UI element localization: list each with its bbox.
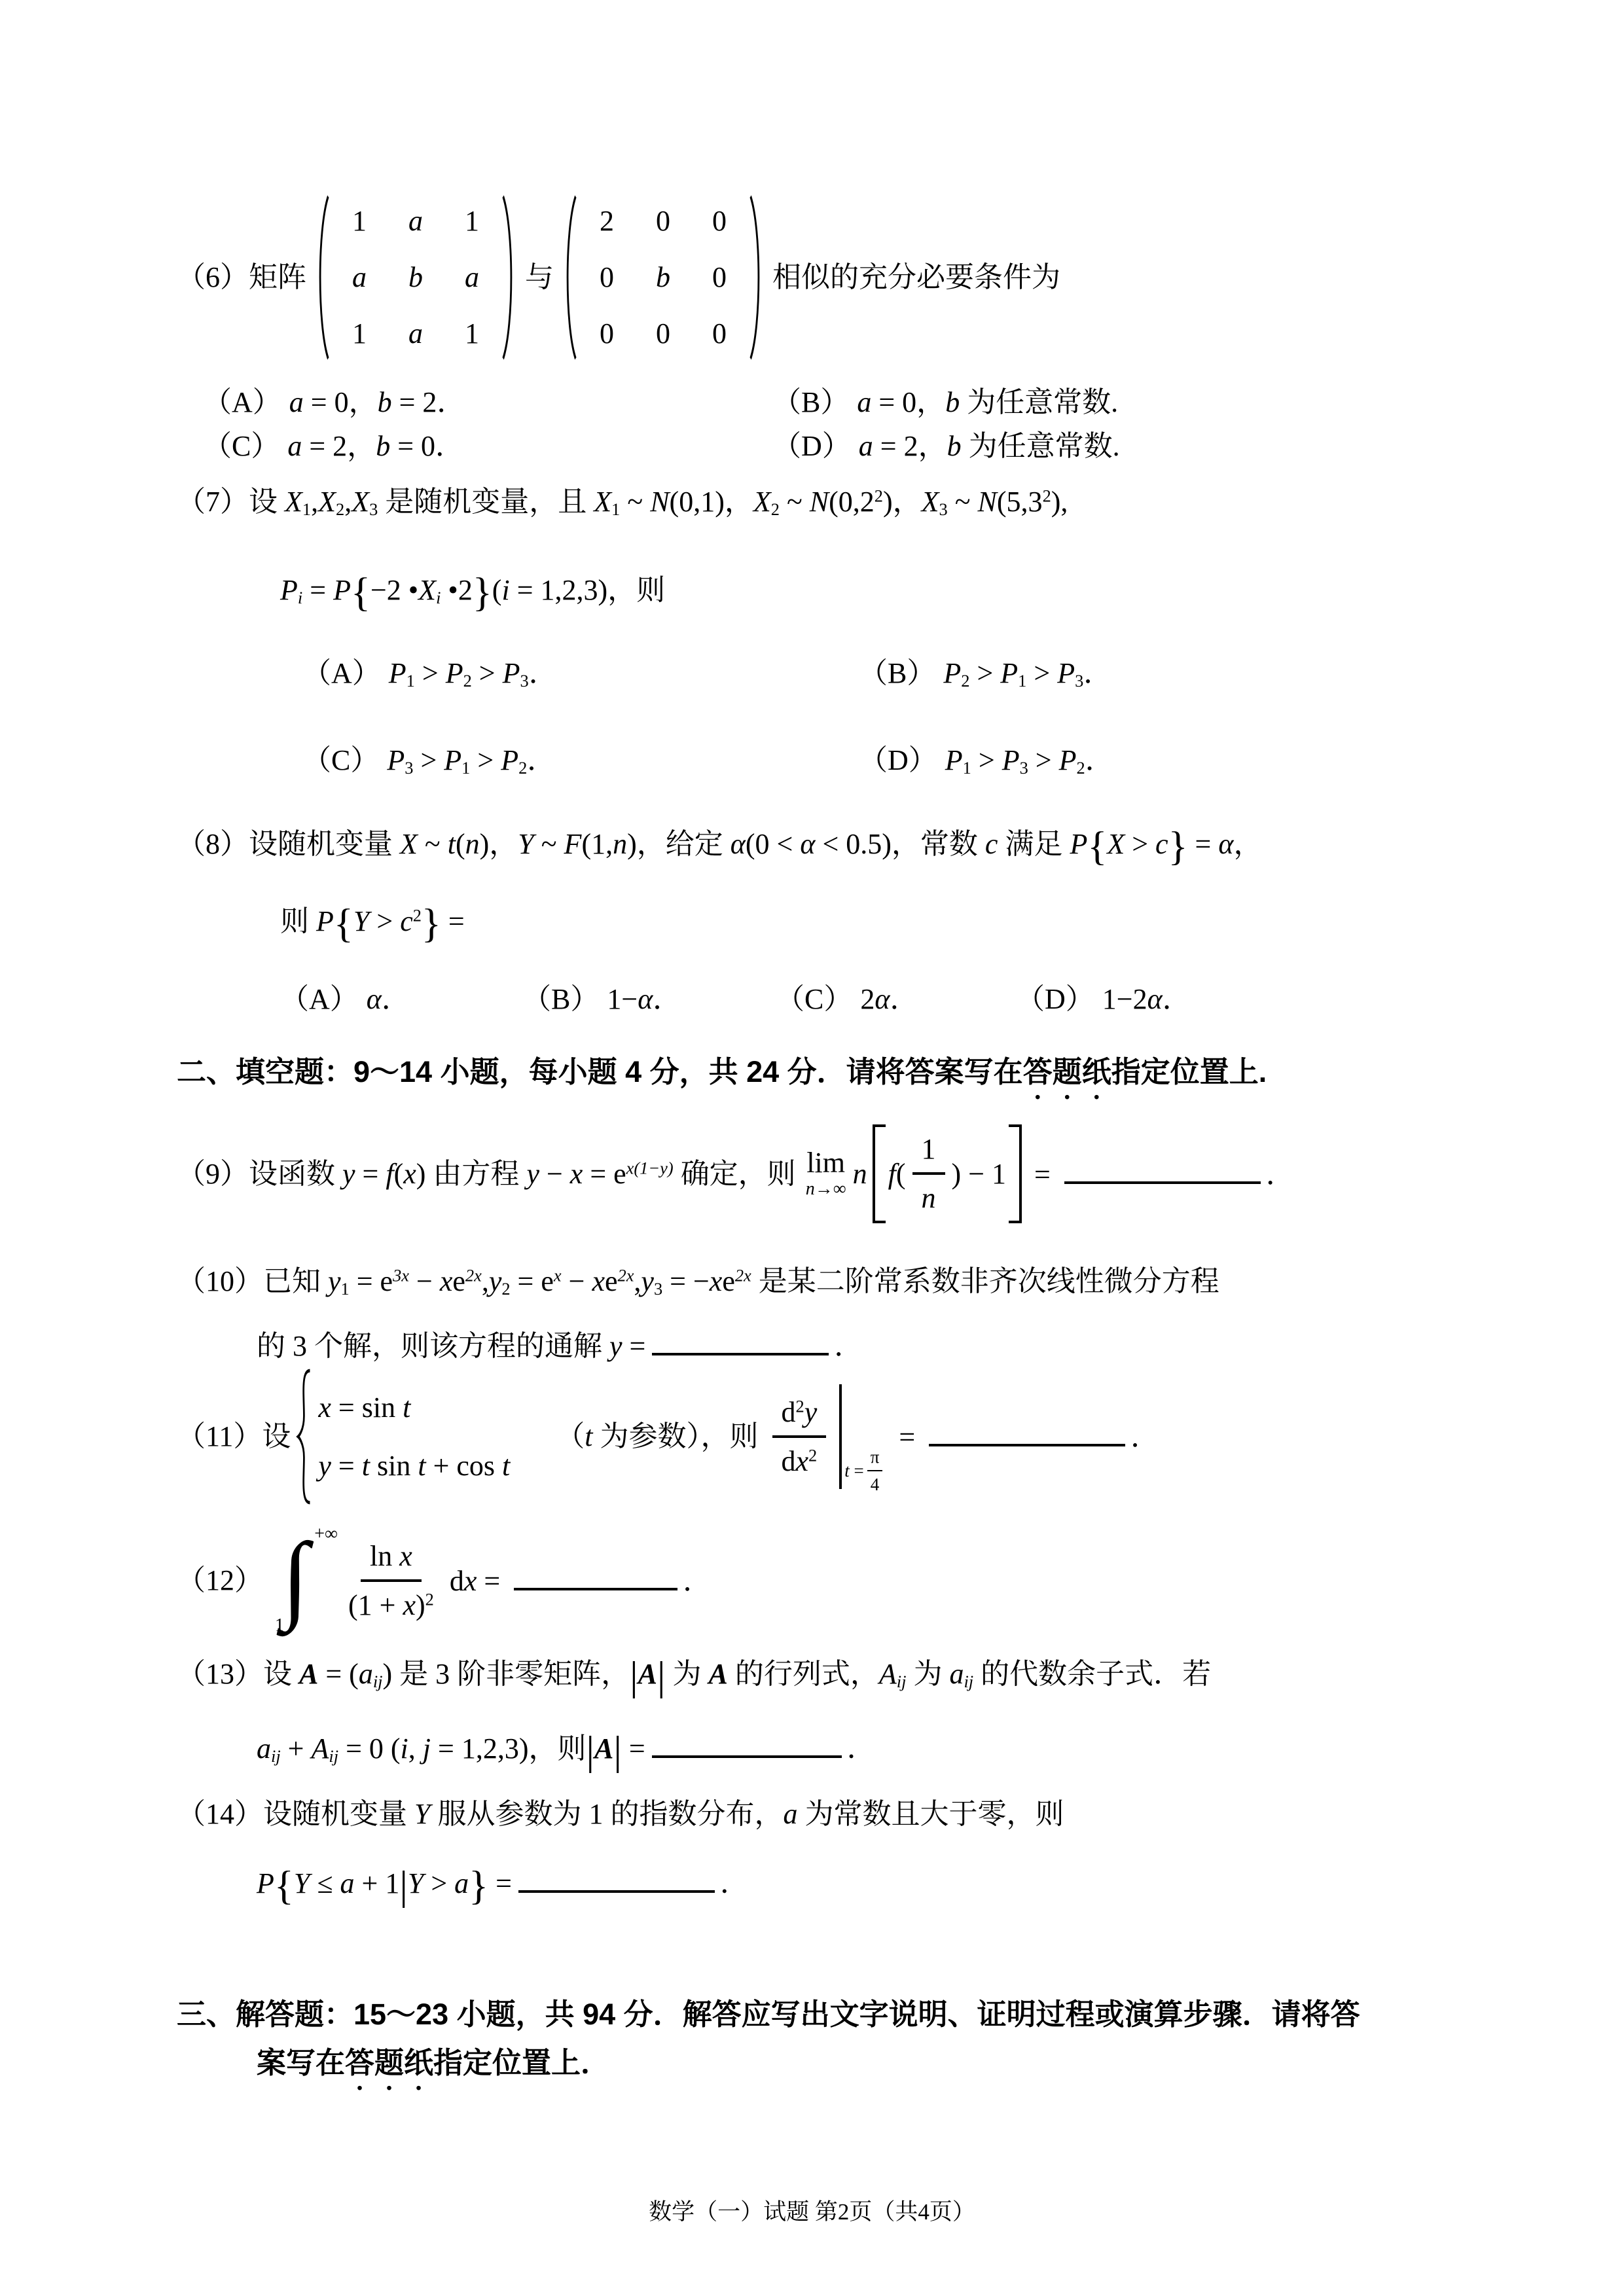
text-fragment: 2 — [1077, 758, 1085, 778]
option-label: （D） — [1016, 983, 1094, 1015]
text-fragment: 0 — [600, 261, 614, 293]
text-fragment: −2 — [370, 574, 408, 606]
text-fragment: | — [630, 1653, 638, 1698]
text-fragment: （9）设函数 — [177, 1158, 342, 1190]
text-fragment: ) 由方程 — [416, 1158, 527, 1190]
text-fragment: α — [1147, 983, 1163, 1015]
text-fragment: （13）设 — [177, 1658, 299, 1690]
text-fragment: ij — [271, 1746, 281, 1765]
text-fragment: 2 — [463, 671, 472, 691]
option-label: （A） — [280, 983, 359, 1015]
system-row-1: x = sin t — [318, 1388, 510, 1427]
text-fragment: a — [454, 1867, 469, 1899]
text-fragment: （7）设 — [177, 486, 285, 518]
fraction-numerator: 1 — [912, 1130, 945, 1175]
text-fragment: Y — [408, 1867, 424, 1899]
text-fragment: x — [403, 1158, 416, 1190]
period: ． — [1130, 1421, 1159, 1453]
text-fragment: 为常数且大于零，则 — [797, 1798, 1064, 1830]
option-text: a = 2，b 为任意常数. — [859, 430, 1120, 462]
text-fragment: − — [409, 1265, 440, 1297]
question-12-answer: dx = ． — [450, 1560, 712, 1600]
text-fragment: ~ — [948, 486, 978, 518]
option-text: P1 > P2 > P3． — [389, 657, 558, 689]
text-fragment: X — [418, 574, 436, 606]
question-13-line1: （13）设 A = (aij) 是 3 阶非零矩阵，|A| 为 A 的行列式，A… — [177, 1648, 1211, 1703]
text-fragment: α — [638, 983, 653, 1015]
right-paren-icon — [748, 193, 766, 362]
limit-subscript: n→∞ — [806, 1180, 846, 1198]
text-fragment: = e — [583, 1158, 626, 1190]
section-3-line2-pre: 案写在 — [257, 2046, 345, 2079]
text-fragment: P — [1057, 657, 1075, 689]
period: ． — [683, 1565, 712, 1597]
text-fragment: P — [444, 744, 461, 776]
text-fragment: A — [709, 1658, 728, 1690]
text-fragment: x — [464, 1565, 477, 1597]
text-fragment: α — [731, 828, 746, 860]
text-fragment: 2 — [771, 499, 780, 519]
text-fragment: = 2． — [392, 386, 466, 418]
matrix-cell: 0 — [712, 258, 727, 296]
matrix-cell: 0 — [656, 314, 670, 353]
period: ． — [1266, 1158, 1295, 1191]
text-fragment: = — [331, 1450, 362, 1482]
text-fragment: t — [403, 1391, 410, 1424]
question-12: （12） ∫ +∞ 1 ln x (1 + x)2 dx = ． — [177, 1522, 712, 1640]
text-fragment: = 1,2,3)，则 — [510, 574, 665, 606]
question-13-answer: aij + Aij = 0 (i, j = 1,2,3)，则|A| =． — [257, 1723, 876, 1778]
text-fragment: { — [1087, 823, 1107, 869]
text-fragment: α — [367, 983, 382, 1015]
text-fragment: P — [503, 657, 520, 689]
text-fragment: ． — [653, 983, 681, 1015]
system-rows: x = sin t y = t sin t + cos t — [318, 1388, 510, 1486]
question-6-option-b: （B）a = 0，b 为任意常数. — [772, 378, 1118, 420]
text-fragment: | — [657, 1653, 666, 1698]
question-14-line1: （14）设随机变量 Y 服从参数为 1 的指数分布，a 为常数且大于零，则 — [177, 1795, 1064, 1833]
text-fragment: + cos — [426, 1450, 502, 1482]
question-7-option-d: （D）P1 > P3 > P2． — [859, 736, 1114, 778]
matrix-cell: 2 — [600, 202, 614, 240]
text-fragment: 1 — [465, 317, 479, 350]
text-fragment: = e — [350, 1265, 393, 1297]
text-fragment: （14）设随机变量 — [177, 1798, 414, 1830]
text-fragment: ≤ — [310, 1867, 340, 1899]
question-10-line2: 的 3 个解，则该方程的通解 y =． — [257, 1325, 863, 1365]
section-2-pre: 二、填空题：9～14 小题，每小题 4 分，共 24 分．请将答案写在 — [177, 1055, 1023, 1088]
text-fragment: e — [722, 1265, 735, 1297]
text-fragment: > — [369, 905, 400, 937]
text-fragment: b — [656, 261, 670, 293]
text-fragment: = e — [511, 1265, 554, 1297]
question-13-line2: aij + Aij = 0 (i, j = 1,2,3)，则|A| =． — [257, 1723, 876, 1778]
text-fragment: i — [501, 574, 509, 606]
text-fragment: d — [782, 1445, 796, 1477]
question-8-stem: （8）设随机变量 X ~ t(n)，Y ~ F(1,n)，给定 α(0 < α … — [177, 828, 1262, 860]
answer-blank — [1064, 1154, 1261, 1184]
text-fragment: a — [859, 430, 873, 462]
exam-page: （6）矩阵 1 a 1 a b a 1 a 1 与 2 0 0 0 — [0, 0, 1624, 2296]
text-fragment: y — [328, 1265, 341, 1297]
matrix-1-grid: 1 a 1 a b a 1 a 1 — [331, 193, 500, 362]
text-fragment: 2x — [735, 1265, 751, 1285]
option-text: a = 2，b = 0． — [287, 430, 464, 462]
text-fragment: a — [359, 1658, 373, 1690]
matrix-cell: a — [352, 258, 367, 296]
question-8: （8）设随机变量 X ~ t(n)，Y ~ F(1,n)，给定 α(0 < α … — [177, 818, 1262, 873]
text-fragment: y — [489, 1265, 502, 1297]
text-fragment: c — [985, 828, 998, 860]
text-fragment: d — [450, 1565, 464, 1597]
option-text: P3 > P1 > P2． — [387, 744, 556, 776]
text-fragment: 为参数），则 — [593, 1420, 766, 1452]
text-fragment: 0 — [712, 205, 727, 237]
text-fragment: P — [1000, 657, 1018, 689]
text-fragment: )， — [480, 828, 518, 860]
section-3-line2-post: 指定位置上． — [433, 2046, 610, 2079]
question-8-option-b: （B）1−α． — [522, 975, 681, 1017]
text-fragment: ( — [394, 1158, 404, 1190]
text-fragment: • — [408, 574, 418, 606]
section-3-line1: 三、解答题：15～23 小题，共 94 分．解答应写出文字说明、证明过程或演算步… — [177, 1998, 1360, 2031]
text-fragment: N — [810, 486, 829, 518]
text-fragment: ij — [964, 1671, 973, 1691]
text-fragment: + 1 — [355, 1867, 400, 1899]
text-fragment: i — [401, 1732, 408, 1765]
text-fragment: ． — [1163, 983, 1191, 1015]
integral-upper-limit: +∞ — [314, 1522, 338, 1547]
text-fragment: 为任意常数. — [960, 386, 1118, 418]
text-fragment: } — [1168, 823, 1188, 869]
text-fragment: > — [1028, 744, 1059, 776]
matrix-cell: 0 — [600, 314, 614, 353]
matrix-2-grid: 2 0 0 0 b 0 0 0 0 — [579, 193, 748, 362]
question-11-lead: （11）设 — [177, 1417, 291, 1456]
question-10-answer: 的 3 个解，则该方程的通解 y =． — [257, 1325, 863, 1365]
section-3-header-line2: 案写在答题纸指定位置上． — [257, 2043, 610, 2096]
matrix-cell: 1 — [465, 202, 479, 240]
option-label: （D） — [772, 430, 851, 462]
right-bracket-icon — [1009, 1124, 1022, 1223]
integral-lower-limit: 1 — [275, 1613, 284, 1638]
text-fragment: t — [585, 1420, 592, 1452]
text-fragment: 3 — [1075, 671, 1083, 691]
text-fragment: 1 — [461, 758, 470, 778]
text-fragment: P — [257, 1867, 274, 1899]
question-12-lead: （12） — [177, 1561, 263, 1600]
text-fragment: P — [501, 744, 518, 776]
text-fragment: P — [1002, 744, 1020, 776]
text-fragment: , — [344, 486, 352, 518]
text-fragment: 0 — [600, 317, 614, 350]
option-text: P2 > P1 > P3． — [943, 657, 1112, 689]
text-fragment: = — [302, 574, 333, 606]
text-fragment: t — [448, 828, 456, 860]
text-fragment: X — [1107, 828, 1125, 860]
text-fragment: α — [800, 828, 815, 860]
text-fragment: y — [342, 1158, 355, 1190]
text-fragment: n — [613, 828, 627, 860]
text-fragment: P — [1059, 744, 1077, 776]
question-7-option-a: （A）P1 > P2 > P3． — [302, 649, 558, 691]
text-fragment: X — [352, 486, 369, 518]
text-fragment: 2 — [961, 671, 969, 691]
text-fragment: 2 — [458, 574, 473, 606]
text-fragment: 2 — [425, 1589, 434, 1609]
text-fragment: x — [440, 1265, 453, 1297]
text-fragment: b — [376, 430, 390, 462]
option-label: （B） — [772, 386, 849, 418]
matrix-cell: a — [408, 314, 423, 353]
text-fragment: j — [423, 1732, 431, 1765]
text-fragment: 0 — [712, 317, 727, 350]
text-fragment: ． — [1083, 657, 1112, 689]
text-fragment: a — [465, 261, 479, 293]
text-fragment: a — [949, 1658, 964, 1690]
text-fragment: e — [605, 1265, 618, 1297]
answer-blank — [514, 1560, 677, 1590]
text-fragment: > — [470, 744, 501, 776]
option-text: a = 0，b 为任意常数. — [857, 386, 1118, 418]
text-fragment: ~ — [620, 486, 650, 518]
question-6-lead: （6）矩阵 — [177, 258, 306, 296]
text-fragment: = — [355, 1158, 386, 1190]
text-fragment: a — [287, 430, 302, 462]
text-fragment: a — [340, 1867, 355, 1899]
text-fragment: • — [441, 574, 458, 606]
text-fragment: n — [853, 1158, 867, 1190]
text-fragment: f — [888, 1158, 896, 1190]
text-fragment: , — [311, 486, 318, 518]
text-fragment: X — [400, 828, 418, 860]
text-fragment: t — [844, 1461, 850, 1480]
text-fragment: = 0， — [304, 386, 378, 418]
question-10-text: （10）已知 y1 = e3x − xe2x,y2 = ex − xe2x,y3… — [177, 1265, 1219, 1297]
question-7-probability-line: Pi = P{−2 •Xi •2}(i = 1,2,3)，则 — [280, 564, 665, 619]
text-fragment: 2x — [465, 1265, 482, 1285]
text-fragment: = 1,2,3)，则 — [431, 1732, 586, 1765]
text-fragment: 1 — [963, 758, 971, 778]
text-fragment: 2 — [875, 486, 883, 505]
pi-over-4-fraction: π 4 — [867, 1445, 883, 1497]
text-fragment: 1 — [1018, 671, 1026, 691]
text-fragment: + — [281, 1732, 312, 1765]
text-fragment: x — [570, 1158, 583, 1190]
text-fragment: = — [1188, 828, 1219, 860]
footer-text: 数学（一）试题 第2页（共4页） — [649, 2199, 975, 2225]
fraction-numerator: d2y — [772, 1393, 827, 1438]
text-fragment: P — [446, 657, 463, 689]
question-9-pre: （9）设函数 y = f(x) 由方程 y − x = ex(1−y) 确定，则 — [177, 1155, 803, 1193]
text-fragment: ij — [329, 1746, 338, 1765]
text-fragment: e — [452, 1265, 465, 1297]
fraction-denominator: dx2 — [772, 1438, 827, 1480]
text-fragment: A — [312, 1732, 329, 1765]
answer-blank — [652, 1325, 829, 1355]
text-fragment: )，给定 — [627, 828, 731, 860]
option-text: 1−2α． — [1102, 983, 1191, 1015]
question-11-mid: （t 为参数），则 — [556, 1417, 765, 1456]
text-fragment: ， — [1233, 828, 1262, 860]
text-fragment: , — [408, 1732, 423, 1765]
question-7-option-c: （C）P3 > P1 > P2． — [302, 736, 556, 778]
option-text: α． — [367, 983, 410, 1015]
text-fragment: 3 — [654, 1279, 662, 1299]
evaluation-condition: t = — [844, 1459, 864, 1482]
text-fragment: | — [613, 1727, 622, 1773]
matrix-cell: 0 — [712, 202, 727, 240]
section-2-header: 二、填空题：9～14 小题，每小题 4 分，共 24 分．请将答案写在答题纸指定… — [177, 1052, 1267, 1105]
text-fragment: P — [1070, 828, 1087, 860]
text-fragment: (1 + — [348, 1589, 403, 1621]
question-7-option-b: （B）P2 > P1 > P3． — [859, 649, 1112, 691]
text-fragment: t — [418, 1450, 425, 1482]
text-fragment: t — [502, 1450, 510, 1482]
question-6-option-c: （C）a = 2，b = 0． — [203, 422, 464, 464]
text-fragment: (0,1)， — [670, 486, 753, 518]
text-fragment: 3 — [405, 758, 413, 778]
text-fragment: 的代数余子式．若 — [973, 1658, 1211, 1690]
text-fragment: Y — [353, 905, 369, 937]
matrix-cell: b — [656, 258, 670, 296]
text-fragment: > — [1026, 657, 1057, 689]
text-fragment: | — [586, 1727, 594, 1773]
text-fragment: 1 — [465, 205, 479, 237]
text-fragment: 2 — [336, 499, 344, 519]
text-fragment: Y — [414, 1798, 430, 1830]
text-fragment: c — [1155, 828, 1168, 860]
period: ． — [720, 1867, 749, 1899]
left-paren-icon — [313, 193, 331, 362]
text-fragment: n — [465, 828, 480, 860]
text-fragment: b — [945, 386, 960, 418]
text-fragment: N — [978, 486, 997, 518]
matrix-cell: 1 — [352, 202, 367, 240]
text-fragment: 2 — [808, 1445, 817, 1465]
text-fragment: 0 — [712, 261, 727, 293]
text-fragment: > — [472, 657, 503, 689]
text-fragment: 为任意常数. — [962, 430, 1120, 462]
matrix-2: 2 0 0 0 b 0 0 0 0 — [560, 193, 766, 362]
fraction-denominator: (1 + x)2 — [339, 1582, 443, 1624]
text-fragment: F — [564, 828, 582, 860]
text-fragment: = 0 ( — [338, 1732, 400, 1765]
text-fragment: N — [650, 486, 669, 518]
option-label: （C） — [302, 744, 379, 776]
text-fragment: a — [857, 386, 871, 418]
text-fragment: (5,3 — [997, 486, 1043, 518]
text-fragment: 2 — [1043, 486, 1051, 505]
text-fragment: ~ — [534, 828, 564, 860]
text-fragment: ln — [370, 1540, 399, 1572]
option-label: （A） — [203, 386, 281, 418]
matrix-cell: b — [408, 258, 423, 296]
differential-and-equals: dx = — [450, 1565, 507, 1597]
text-fragment: > — [971, 744, 1002, 776]
text-fragment: = ( — [318, 1658, 358, 1690]
question-14-text: （14）设随机变量 Y 服从参数为 1 的指数分布，a 为常数且大于零，则 — [177, 1798, 1064, 1830]
text-fragment: = 2， — [873, 430, 947, 462]
text-fragment: x(1−y) — [626, 1158, 674, 1177]
text-fragment: x — [796, 1445, 809, 1477]
option-label: （C） — [203, 430, 280, 462]
text-fragment: 是随机变量，且 — [378, 486, 594, 518]
evaluation-bar-icon — [839, 1384, 842, 1489]
left-paren-icon — [560, 193, 579, 362]
text-fragment: a — [408, 317, 423, 350]
text-fragment: 1 — [302, 499, 311, 519]
text-fragment: 1 — [611, 499, 620, 519]
evaluation-subscript: t = π 4 — [844, 1445, 882, 1497]
system-row-2: y = t sin t + cos t — [318, 1446, 510, 1485]
text-fragment: X — [594, 486, 611, 518]
text-fragment: , — [482, 1265, 489, 1297]
option-text: 2α． — [860, 983, 918, 1015]
matrix-cell: 0 — [656, 202, 670, 240]
option-label: （C） — [776, 983, 852, 1015]
text-fragment: ( — [456, 828, 465, 860]
question-14-answer: P{Y ≤ a + 1|Y > a} =． — [257, 1857, 749, 1912]
period: ． — [834, 1330, 863, 1362]
text-fragment: y — [804, 1396, 818, 1428]
text-fragment: = 0， — [871, 386, 945, 418]
question-11-answer: = ． — [892, 1416, 1159, 1456]
fraction-numerator: π — [867, 1445, 883, 1471]
option-text: P1 > P3 > P2． — [945, 744, 1114, 776]
text-fragment: 则 — [280, 905, 316, 937]
text-fragment: a — [257, 1732, 271, 1765]
text-fragment: 服从参数为 1 的指数分布， — [430, 1798, 783, 1830]
text-fragment: α — [1218, 828, 1233, 860]
text-fragment: = — [850, 1461, 864, 1480]
text-fragment: A — [594, 1732, 613, 1765]
text-fragment: 3 — [1020, 758, 1028, 778]
question-8-option-c: （C）2α． — [776, 975, 918, 1017]
question-8-line2-text: 则 P{Y > c2} = — [280, 905, 465, 937]
derivative-fraction: d2y dx2 — [772, 1393, 827, 1481]
text-fragment: x — [592, 1265, 605, 1297]
question-11: （11）设 x = sin t y = t sin t + cos t （t 为… — [177, 1368, 1159, 1505]
text-fragment: > — [424, 1867, 454, 1899]
text-fragment: X — [922, 486, 939, 518]
text-fragment: = — [892, 1421, 922, 1453]
text-fragment: x — [554, 1265, 562, 1285]
text-fragment: ． — [382, 983, 410, 1015]
option-label: （A） — [302, 657, 381, 689]
text-fragment: Y — [518, 828, 533, 860]
question-6-conjunction: 与 — [525, 258, 554, 296]
text-fragment: ( — [492, 574, 502, 606]
option-label: （B） — [859, 657, 935, 689]
text-fragment: y — [641, 1265, 654, 1297]
text-fragment: P — [280, 574, 298, 606]
limit-word: lim — [806, 1149, 845, 1177]
text-fragment: 3 — [939, 499, 948, 519]
text-fragment: 3 — [520, 671, 529, 691]
text-fragment: | — [399, 1862, 408, 1908]
text-fragment: X — [753, 486, 771, 518]
text-fragment: ij — [897, 1671, 907, 1691]
matrix-1: 1 a 1 a b a 1 a 1 — [313, 193, 518, 362]
integral-sign: ∫ +∞ 1 — [267, 1522, 323, 1640]
text-fragment: 为 — [666, 1658, 709, 1690]
text-fragment: − — [562, 1265, 592, 1297]
option-text: a = 0，b = 2． — [289, 386, 466, 418]
question-9-inner-pre: f( — [888, 1155, 906, 1193]
text-fragment: 1 — [352, 317, 367, 350]
text-fragment: } — [469, 1862, 488, 1908]
